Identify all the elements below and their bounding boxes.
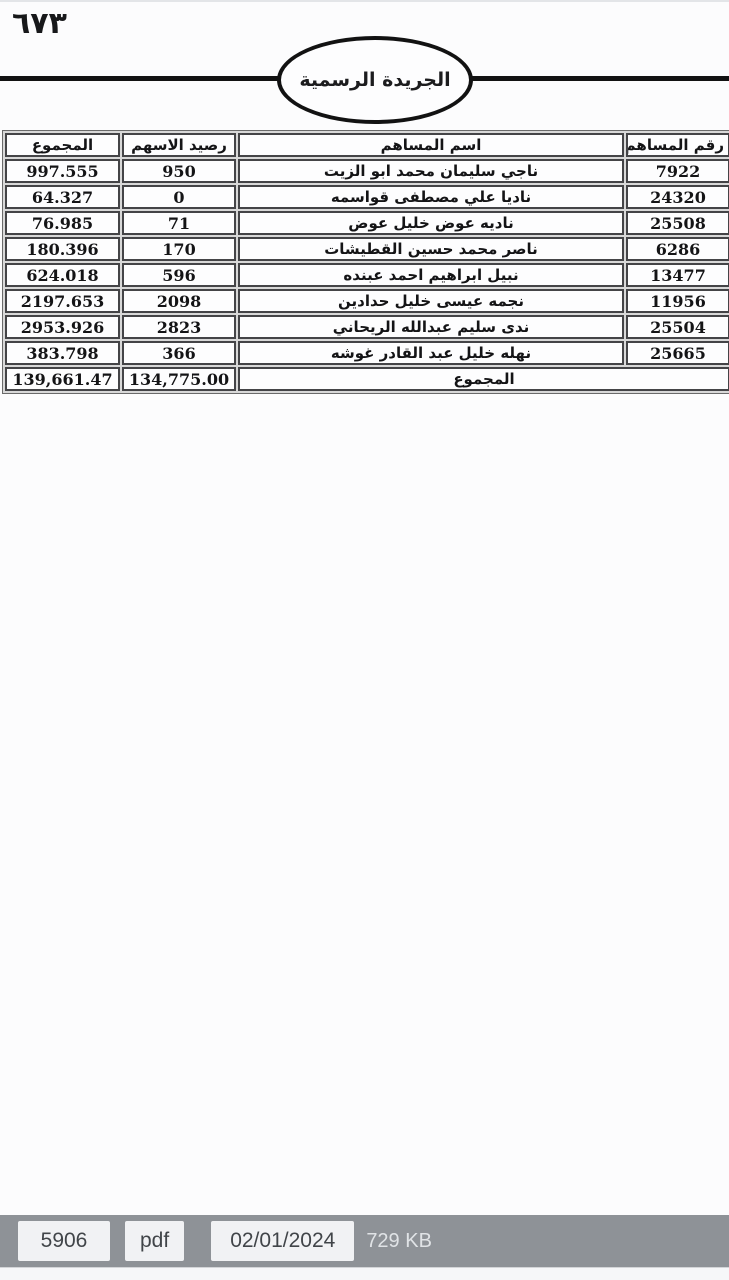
row-total-cell: 624.018 [5,263,120,287]
shareholder-name-cell: ناجي سليمان محمد ابو الزيت [238,159,624,183]
table-row: 25508ناديه عوض خليل عوض7176.985 [5,211,729,235]
shareholders-table: رقم المساهم اسم المساهم رصيد الاسهم المج… [2,130,729,394]
shareholder-number-cell: 25504 [626,315,729,339]
doc-id-chip[interactable]: 5906 [18,1221,110,1261]
shareholder-name-cell: ناصر محمد حسين القطيشات [238,237,624,261]
row-total-cell: 383.798 [5,341,120,365]
shareholder-number-cell: 11956 [626,289,729,313]
row-total-cell: 2197.653 [5,289,120,313]
row-total-cell: 180.396 [5,237,120,261]
file-type-chip[interactable]: pdf [125,1221,184,1261]
shareholder-number-cell: 13477 [626,263,729,287]
shareholder-table-body: رقم المساهم اسم المساهم رصيد الاسهم المج… [5,133,729,391]
share-balance-cell: 71 [122,211,236,235]
table-row: 25665نهله خليل عبد القادر غوشه366383.798 [5,341,729,365]
top-edge-line [0,0,729,2]
share-balance-cell: 950 [122,159,236,183]
gazette-title: الجريدة الرسمية [299,69,450,91]
col-header-shareholder-name: اسم المساهم [238,133,624,157]
table-row: 6286ناصر محمد حسين القطيشات170180.396 [5,237,729,261]
page-number: ٦٧٣ [12,6,67,41]
shareholder-number-cell: 7922 [626,159,729,183]
shareholder-name-cell: ندى سليم عبدالله الريحاني [238,315,624,339]
total-amount: 139,661.47 [5,367,120,391]
table-total-row: المجموع 134,775.00 139,661.47 [5,367,729,391]
share-balance-cell: 170 [122,237,236,261]
shareholder-name-cell: ناديه عوض خليل عوض [238,211,624,235]
share-balance-cell: 2823 [122,315,236,339]
col-header-share-balance: رصيد الاسهم [122,133,236,157]
share-balance-cell: 2098 [122,289,236,313]
share-balance-cell: 366 [122,341,236,365]
file-size-label: 729 KB [366,1230,432,1253]
shareholder-name-cell: نبيل ابراهيم احمد عبنده [238,263,624,287]
gazette-banner-ellipse: الجريدة الرسمية [277,36,473,124]
share-balance-cell: 0 [122,185,236,209]
date-chip[interactable]: 02/01/2024 [211,1221,354,1261]
row-total-cell: 997.555 [5,159,120,183]
table-row: 24320ناديا علي مصطفى قواسمه064.327 [5,185,729,209]
table-header-row: رقم المساهم اسم المساهم رصيد الاسهم المج… [5,133,729,157]
row-total-cell: 76.985 [5,211,120,235]
bottom-strip [0,1267,729,1280]
document-page: ٦٧٣ الجريدة الرسمية رقم المساهم اسم المس… [0,0,729,1280]
share-balance-cell: 596 [122,263,236,287]
shareholder-number-cell: 24320 [626,185,729,209]
shareholder-name-cell: نهله خليل عبد القادر غوشه [238,341,624,365]
total-share-balance: 134,775.00 [122,367,236,391]
shareholder-name-cell: ناديا علي مصطفى قواسمه [238,185,624,209]
file-info-bar: 5906 pdf 02/01/2024 729 KB [0,1215,729,1267]
shareholder-number-cell: 25508 [626,211,729,235]
shareholder-number-cell: 6286 [626,237,729,261]
table-row: 25504ندى سليم عبدالله الريحاني28232953.9… [5,315,729,339]
table-row: 11956نجمه عيسى خليل حدادين20982197.653 [5,289,729,313]
shareholder-number-cell: 25665 [626,341,729,365]
col-header-shareholder-number: رقم المساهم [626,133,729,157]
table-row: 13477نبيل ابراهيم احمد عبنده596624.018 [5,263,729,287]
table-row: 7922ناجي سليمان محمد ابو الزيت950997.555 [5,159,729,183]
shareholder-name-cell: نجمه عيسى خليل حدادين [238,289,624,313]
row-total-cell: 2953.926 [5,315,120,339]
col-header-total: المجموع [5,133,120,157]
total-row-label: المجموع [238,367,729,391]
row-total-cell: 64.327 [5,185,120,209]
